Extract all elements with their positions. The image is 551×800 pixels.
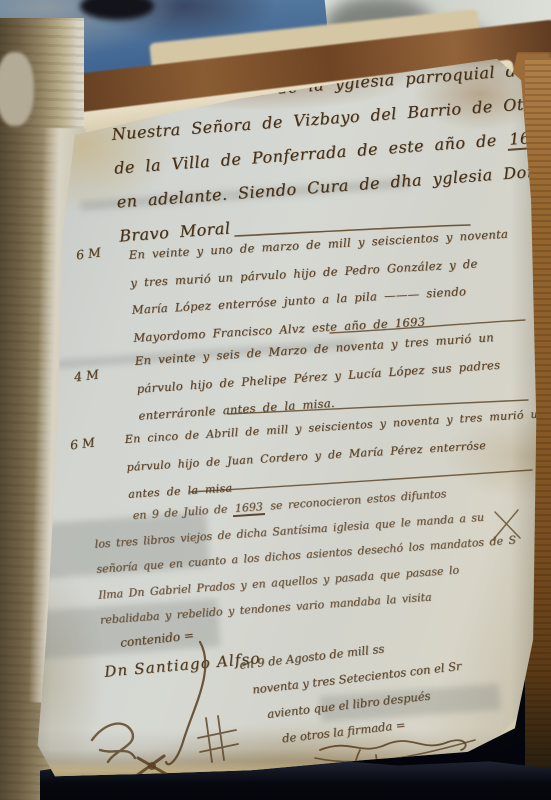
book-spine-tab bbox=[0, 52, 34, 126]
photo-canvas: + 3. Libro de difuntos de la yglesia par… bbox=[0, 0, 551, 800]
manuscript-page: + 3. Libro de difuntos de la yglesia par… bbox=[20, 50, 542, 788]
visita-line-text: en 9 de Julio de bbox=[132, 503, 228, 523]
fee-margin-note: 6 M bbox=[75, 245, 101, 263]
fee-margin-note: 4 M bbox=[73, 367, 99, 385]
visita-year: 1693 bbox=[232, 500, 265, 517]
fee-margin-note: 6 M bbox=[69, 435, 95, 453]
